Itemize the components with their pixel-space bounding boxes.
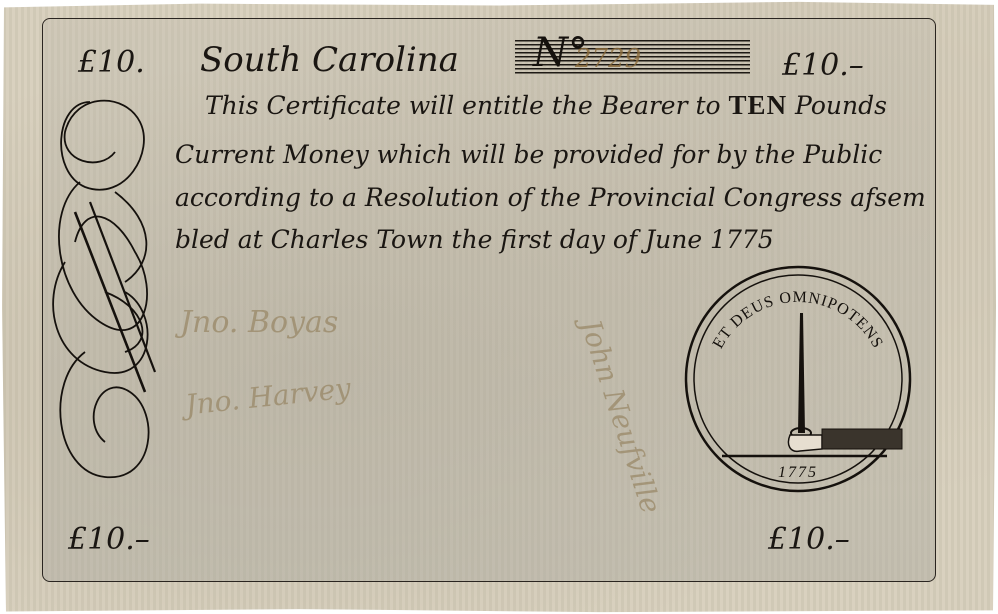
banknote: £10. South Carolina N° 2729 £10.– This C…	[0, 0, 998, 614]
signature-1: Jno. Boyas	[180, 305, 338, 340]
amount-words: TEN	[729, 90, 788, 120]
hand-holding-sword-icon	[788, 313, 902, 451]
denomination-top-right: £10.–	[782, 48, 864, 83]
serial-number: 2729	[575, 44, 641, 74]
body-line-4: bled at Charles Town the first day of Ju…	[175, 225, 774, 254]
denomination-top-left: £10.	[78, 45, 145, 80]
body-text: Pounds	[787, 91, 887, 120]
body-line-3: according to a Resolution of the Provinc…	[175, 183, 926, 212]
seal-year: 1775	[778, 464, 818, 481]
seal-motto: ET DEUS OMNIPOTENS	[710, 289, 887, 352]
body-line-1: This Certificate will entitle the Bearer…	[205, 90, 887, 121]
body-line-2: Current Money which will be provided for…	[175, 140, 882, 169]
note-title: South Carolina	[200, 40, 459, 80]
calligraphic-flourish-icon	[45, 92, 175, 492]
denomination-bottom-left: £10.–	[68, 522, 150, 557]
seal: ET DEUS OMNIPOTENS 1775	[682, 263, 914, 495]
body-text: This Certificate will entitle the Bearer…	[205, 91, 729, 120]
denomination-bottom-right: £10.–	[768, 522, 850, 557]
